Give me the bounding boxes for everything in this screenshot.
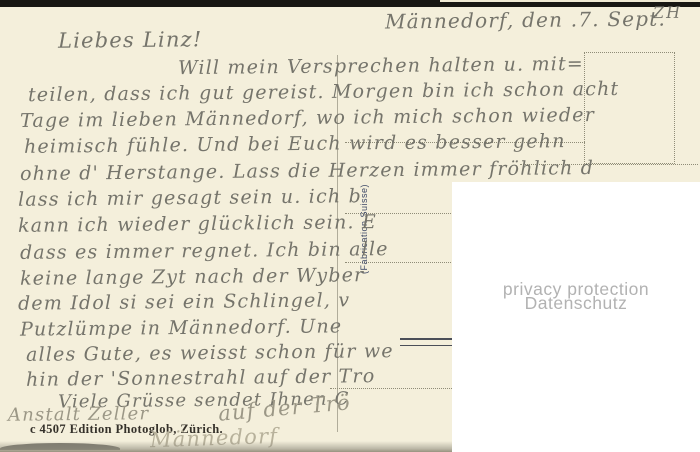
handwriting-line: keine lange Zyt nach der Wyber (20, 264, 365, 290)
scan-top-edge-sliver (440, 0, 700, 2)
postcard-scan: (Fabrication Suisse) Männedorf, den .7. … (0, 0, 700, 452)
underline-mark (400, 338, 456, 346)
handwriting-line: dem Idol si sei ein Schlingel, v (18, 289, 350, 314)
handwriting-line: heimisch fühle. Und bei Euch wird es bes… (24, 130, 566, 158)
privacy-overlay-text: privacy protection Datenschutz (452, 282, 700, 310)
handwriting-line: Tage im lieben Männedorf, wo ich mich sc… (20, 104, 595, 132)
region-note: ZH (653, 3, 682, 22)
handwriting-line: alles Gute, es weisst schon für we (26, 340, 394, 366)
handwriting-line: ohne d' Herstange. Lass die Herzen immer… (20, 157, 594, 185)
privacy-overlay: privacy protection Datenschutz (452, 182, 700, 452)
date-line: Männedorf, den .7. Sept. (385, 7, 666, 34)
stamp-area-box (584, 52, 675, 164)
handwriting-line: lass ich mir gesagt sein u. ich b (18, 185, 362, 211)
handwriting-line: hin der 'Sonnestrahl auf der Tro (26, 365, 376, 391)
address-ruled-line (330, 388, 470, 389)
handwriting-line: dass es immer regnet. Ich bin alle (20, 238, 389, 264)
handwriting-line: kann ich wieder glücklich sein. E (18, 211, 377, 237)
handwriting-line: teilen, dass ich gut gereist. Morgen bin… (28, 78, 620, 106)
privacy-line-de: Datenschutz (452, 296, 700, 310)
handwriting-line: Will mein Versprechen halten u. mit= (178, 53, 584, 79)
handwriting-line: Putzlümpe in Männedorf. Une (20, 315, 343, 340)
salutation: Liebes Linz! (58, 27, 203, 53)
